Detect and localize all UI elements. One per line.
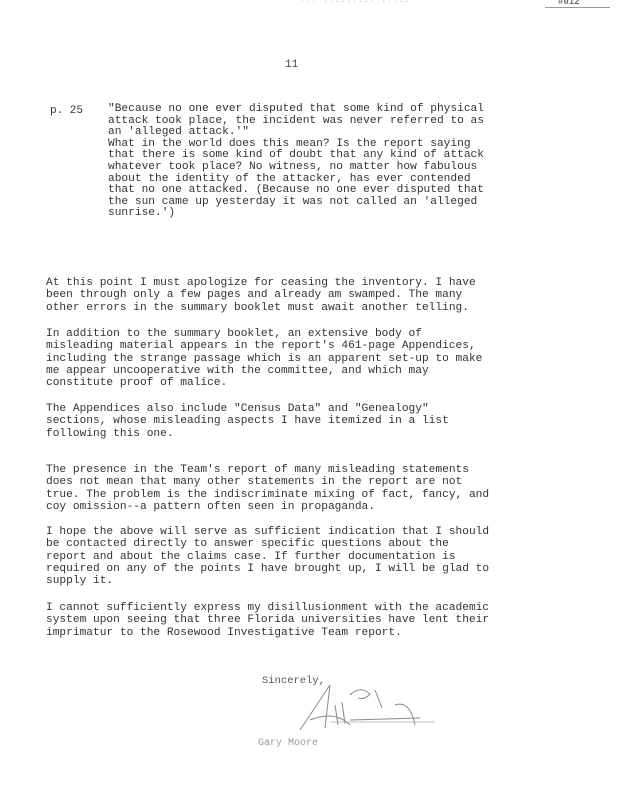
- page-reference-label: p. 25: [50, 105, 83, 117]
- document-id-underline: [545, 7, 610, 8]
- letter-page: ... ......... ..... #012 11 p. 25 "Becau…: [0, 0, 617, 800]
- paragraph-apology: At this point I must apologize for ceasi…: [46, 277, 606, 314]
- quote-block: "Because no one ever disputed that some …: [108, 104, 598, 220]
- signer-name: Gary Moore: [258, 738, 318, 749]
- page-number: 11: [285, 59, 298, 71]
- header-fragment: ... ......... .....: [300, 0, 410, 5]
- document-id: #012: [558, 0, 580, 7]
- paragraph-contact-request: I hope the above will serve as sufficien…: [46, 526, 606, 587]
- paragraph-misleading-statements: The presence in the Team's report of man…: [46, 464, 606, 513]
- paragraph-census-genealogy: The Appendices also include "Census Data…: [46, 403, 606, 440]
- handwritten-signature: [290, 680, 440, 740]
- paragraph-disillusionment: I cannot sufficiently express my disillu…: [46, 602, 606, 639]
- paragraph-appendices: In addition to the summary booklet, an e…: [46, 328, 606, 389]
